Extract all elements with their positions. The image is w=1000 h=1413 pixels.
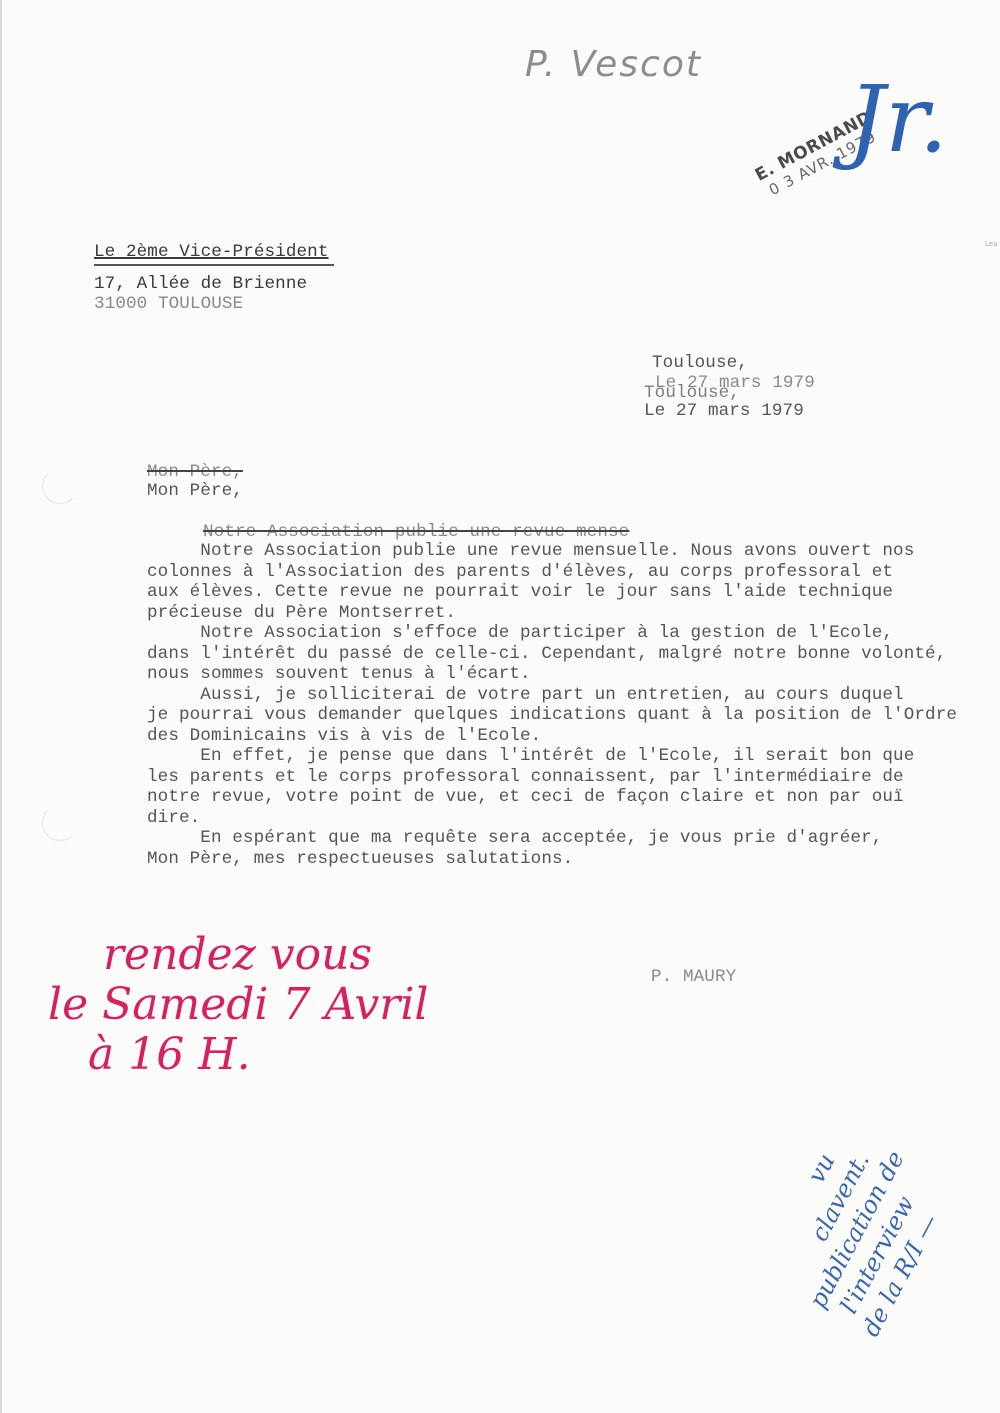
body-line: notre revue, votre point de vue, et ceci… <box>147 787 957 808</box>
salutation: Mon Père, <box>147 481 243 502</box>
pencil-annotation: P. Vescot <box>525 44 702 85</box>
body-line: Notre Association publie une revue mensu… <box>147 541 957 562</box>
sender-title-rule <box>94 264 334 266</box>
body-line: Notre Association s'effoce de participer… <box>147 623 957 644</box>
blue-initials: Jr. <box>848 70 948 170</box>
letter-date: Le 27 mars 1979 <box>644 401 804 422</box>
body-line: je pourrai vous demander quelques indica… <box>147 705 957 726</box>
blue-handwritten-note: vu clavent. publication de l'interview d… <box>745 1118 964 1351</box>
body-line: colonnes à l'Association des parents d'é… <box>147 562 957 583</box>
body-line: aux élèves. Cette revue ne pourrait voir… <box>147 582 957 603</box>
sender-address-line1: 17, Allée de Brienne <box>94 274 307 295</box>
letter-body: Notre Association publie une revue mensu… <box>147 541 957 869</box>
body-line: Mon Père, mes respectueuses salutations. <box>147 849 957 870</box>
struck-salutation: Mon Père, <box>147 462 243 483</box>
body-line: Aussi, je solliciterai de votre part un … <box>147 685 957 706</box>
body-line: nous sommes souvent tenus à l'écart. <box>147 664 957 685</box>
red-handwritten-note: rendez vous le Samedi 7 Avril à 16 H. <box>48 930 428 1080</box>
red-note-line: rendez vous <box>48 930 428 980</box>
red-note-line: le Samedi 7 Avril <box>48 980 428 1030</box>
punch-hole <box>42 468 78 504</box>
sender-address-line2: 31000 TOULOUSE <box>94 294 243 315</box>
red-note-line: à 16 H. <box>48 1030 428 1080</box>
signature: P. MAURY <box>651 967 736 988</box>
body-line: En espérant que ma requête sera acceptée… <box>147 828 957 849</box>
margin-mark: Lea <box>985 240 997 248</box>
ghost-city: Toulouse, <box>652 353 748 374</box>
struck-line: Notre Association publie une revue mense <box>203 522 629 543</box>
body-line: En effet, je pense que dans l'intérêt de… <box>147 746 957 767</box>
body-line: dans l'intérêt du passé de celle-ci. Cep… <box>147 644 957 665</box>
sender-title: Le 2ème Vice-Président <box>94 242 328 263</box>
punch-hole <box>42 805 78 841</box>
body-line: dire. <box>147 808 957 829</box>
page-left-edge <box>0 0 2 1413</box>
body-line: les parents et le corps professoral conn… <box>147 767 957 788</box>
body-line: précieuse du Père Montserret. <box>147 603 957 624</box>
body-line: des Dominicains vis à vis de l'Ecole. <box>147 726 957 747</box>
